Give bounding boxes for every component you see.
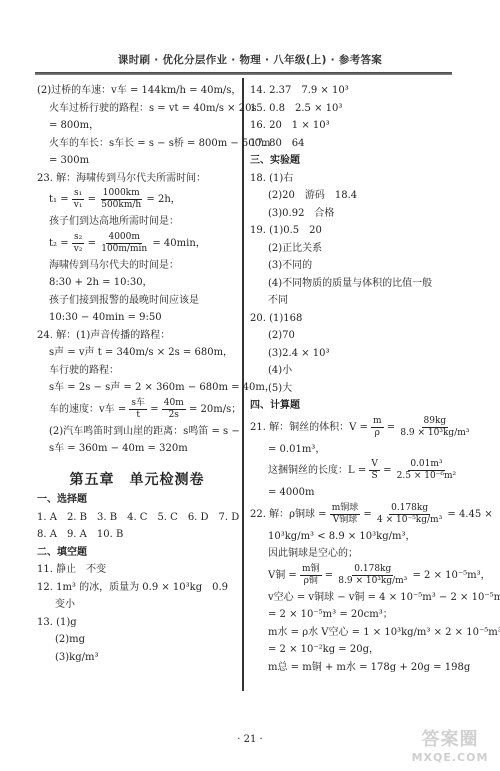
fraction: m铜球V铜球 [330,503,361,526]
chapter-title: 第五章 单元检测卷 [37,472,237,490]
answer-line: 14. 2.37 7.9 × 10³ [250,82,460,100]
watermark-text: 答案圈 [410,725,490,751]
answer-line: 孩子们接到报警的最晚时间应该是 [37,292,237,310]
answer-line: (2)70 [250,327,460,345]
answer-line: s车 = 2s − s声 = 2 × 360m − 680m = 40m， [37,379,237,397]
answer-line: 不同 [250,292,460,310]
q21-length-formula: 这捆铜丝的长度：L = VS = 0.01m³2.5 × 10⁻⁶m² [250,458,460,484]
formula-lhs: t₁ = [49,194,72,205]
answer-line: = 0.01m³， [250,441,460,459]
answer-line: (2)20 游码 18.4 [250,187,460,205]
answer-line: (4)不同物质的质量与体积的比值一般 [250,275,460,293]
q23-t1-formula: t₁ = s₁v₁ = 1000km500km/h = 2h， [37,187,237,213]
watermark-logo: 答案圈 MXQE.COM [410,725,490,764]
formula-lhs: V铜 = [268,570,300,581]
answer-line: 16. 20 1 × 10³ [250,117,460,135]
answer-line: (2)过桥的车速：v车 = 144km/h = 40m/s， [37,82,237,100]
formula-result: = 40min， [152,238,205,249]
q23-t2-formula: t₂ = s₂v₂ = 4000m100m/min = 40min， [37,231,237,257]
answer-line: 17. 80 64 [250,135,460,153]
answer-line: 孩子们到达高地所需时间是： [37,213,237,231]
answer-line: 10:30 − 40min = 9:50 [37,309,237,327]
fraction: 0.178kg8.9 × 10³kg/m³ [336,564,409,587]
answer-line: v空心 = v铜球 − v铜 = 4 × 10⁻⁵m³ − 2 × 10⁻⁵m³ [250,589,460,607]
section-heading: 二、填空题 [37,544,237,562]
answer-line: 18. (1)右 [250,170,460,188]
section-heading: 三、实验题 [250,152,460,170]
answer-line: (2)mg [37,631,237,649]
fraction: 89kg8.9 × 10³kg/m³ [398,416,471,439]
formula-result: = 20m/s； [189,404,241,415]
answer-line: s车 = 360m − 40m = 320m [37,440,237,458]
formula-lhs: 车的速度：v车 = [49,404,129,415]
answer-line: 8:30 + 2h = 10:30， [37,274,237,292]
section-heading: 一、选择题 [37,491,237,509]
q24-intro: 24. 解：(1)声音传播的路程： [37,327,237,345]
answer-line: (3)kg/m³ [37,649,237,667]
answer-line: m总 = m铜 + m水 = 178g + 20g = 198g [250,659,460,677]
q22-density-formula: 22. 解：ρ铜球 = m铜球V铜球 = 0.178kg4 × 10⁻⁵kg/m… [250,502,460,528]
answer-line: 变小 [37,596,237,614]
formula-result: = 2 × 10⁻⁵m³， [412,570,490,581]
answer-line: 因此铜球是空心的； [250,545,460,563]
answer-line: 海啸传到马尔代夫的时间是： [37,257,237,275]
fraction: 0.01m³2.5 × 10⁻⁶m² [395,459,459,482]
answer-line: = 2 × 10⁻⁵m³ = 20cm³； [250,606,460,624]
answer-line: 19. (1)0.5 20 [250,222,460,240]
answer-line: (4)小 [250,362,460,380]
answer-line: (3)2.4 × 10³ [250,345,460,363]
fraction: s₂v₂ [72,232,85,255]
page-header-title: 课时刷 · 优化分层作业 · 物理 · 八年级(上) · 参考答案 [0,52,500,67]
answer-line: 15. 0.8 2.5 × 10³ [250,100,460,118]
formula-result: = 4.45 × [447,509,492,520]
answer-line: (3)0.92 合格 [250,205,460,223]
right-column: 14. 2.37 7.9 × 10³ 15. 0.8 2.5 × 10³ 16.… [250,82,460,676]
fraction: s车t [129,398,147,421]
answer-line: = 2 × 10⁻²kg = 20g， [250,641,460,659]
answer-line: 车行驶的路程： [37,362,237,380]
answer-page: 课时刷 · 优化分层作业 · 物理 · 八年级(上) · 参考答案 (2)过桥的… [0,0,500,771]
formula-lhs: 22. 解：ρ铜球 = [250,509,330,520]
section-heading: 四、计算题 [250,397,460,415]
answer-line: s声 = v声 t = 340m/s × 2s = 680m， [37,344,237,362]
answer-line: m水 = ρ水 V空心 = 1 × 10³kg/m³ × 2 × 10⁻⁵m³ [250,624,460,642]
answer-line: 11. 静止 不变 [37,561,237,579]
answer-line: = 300m [37,152,237,170]
fraction: VS [369,459,380,482]
fraction: 40m2s [162,398,186,421]
answer-line: 13. (1)g [37,614,237,632]
answer-line: (5)大 [250,380,460,398]
formula-lhs: 这捆铜丝的长度：L = [268,465,369,476]
answer-line: (2)汽车鸣笛时到山崖的距离：s鸣笛 = s − [37,423,237,441]
answer-line: = 800m， [37,117,237,135]
answer-line: 火车的车长：s车长 = s − s桥 = 800m − 500m [37,135,237,153]
formula-result: = 2h， [146,194,180,205]
answer-line: (3)不同的 [250,257,460,275]
fraction: 4000m100m/min [99,232,149,255]
fraction: 0.178kg4 × 10⁻⁵kg/m³ [375,503,444,526]
formula-lhs: t₂ = [49,238,72,249]
q22-vcu-formula: V铜 = m铜ρ铜 = 0.178kg8.9 × 10³kg/m³ = 2 × … [250,563,460,589]
answer-line: = 4000m [250,484,460,502]
formula-lhs: 21. 解：铜丝的体积：V = [250,422,371,433]
q23-intro: 23. 解：海啸传到马尔代夫所需时间： [37,170,237,188]
answer-line: 1. A 2. B 3. B 4. C 5. C 6. D 7. D [37,509,237,527]
q24-speed-formula: 车的速度：v车 = s车t = 40m2s = 20m/s； [37,397,237,423]
fraction: 1000km500km/h [99,188,143,211]
fraction: m铜ρ铜 [300,564,322,587]
watermark-url: MXQE.COM [410,751,490,764]
fraction: mρ [371,416,384,439]
answer-line: 10³kg/m³ < 8.9 × 10³kg/m³， [250,528,460,546]
header-rule [35,72,452,75]
answer-line: 20. (1)168 [250,310,460,328]
answer-line: 8. A 9. A 10. B [37,526,237,544]
fraction: s₁v₁ [72,188,85,211]
answer-line: 火车过桥行驶的路程：s = vt = 40m/s × 20s [37,100,237,118]
answer-line: (2)正比关系 [250,240,460,258]
left-column: (2)过桥的车速：v车 = 144km/h = 40m/s， 火车过桥行驶的路程… [37,82,237,666]
q21-volume-formula: 21. 解：铜丝的体积：V = mρ = 89kg8.9 × 10³kg/m³ [250,415,460,441]
answer-line: 12. 1m³ 的冰，质量为 0.9 × 10³kg 0.9 [37,579,237,597]
